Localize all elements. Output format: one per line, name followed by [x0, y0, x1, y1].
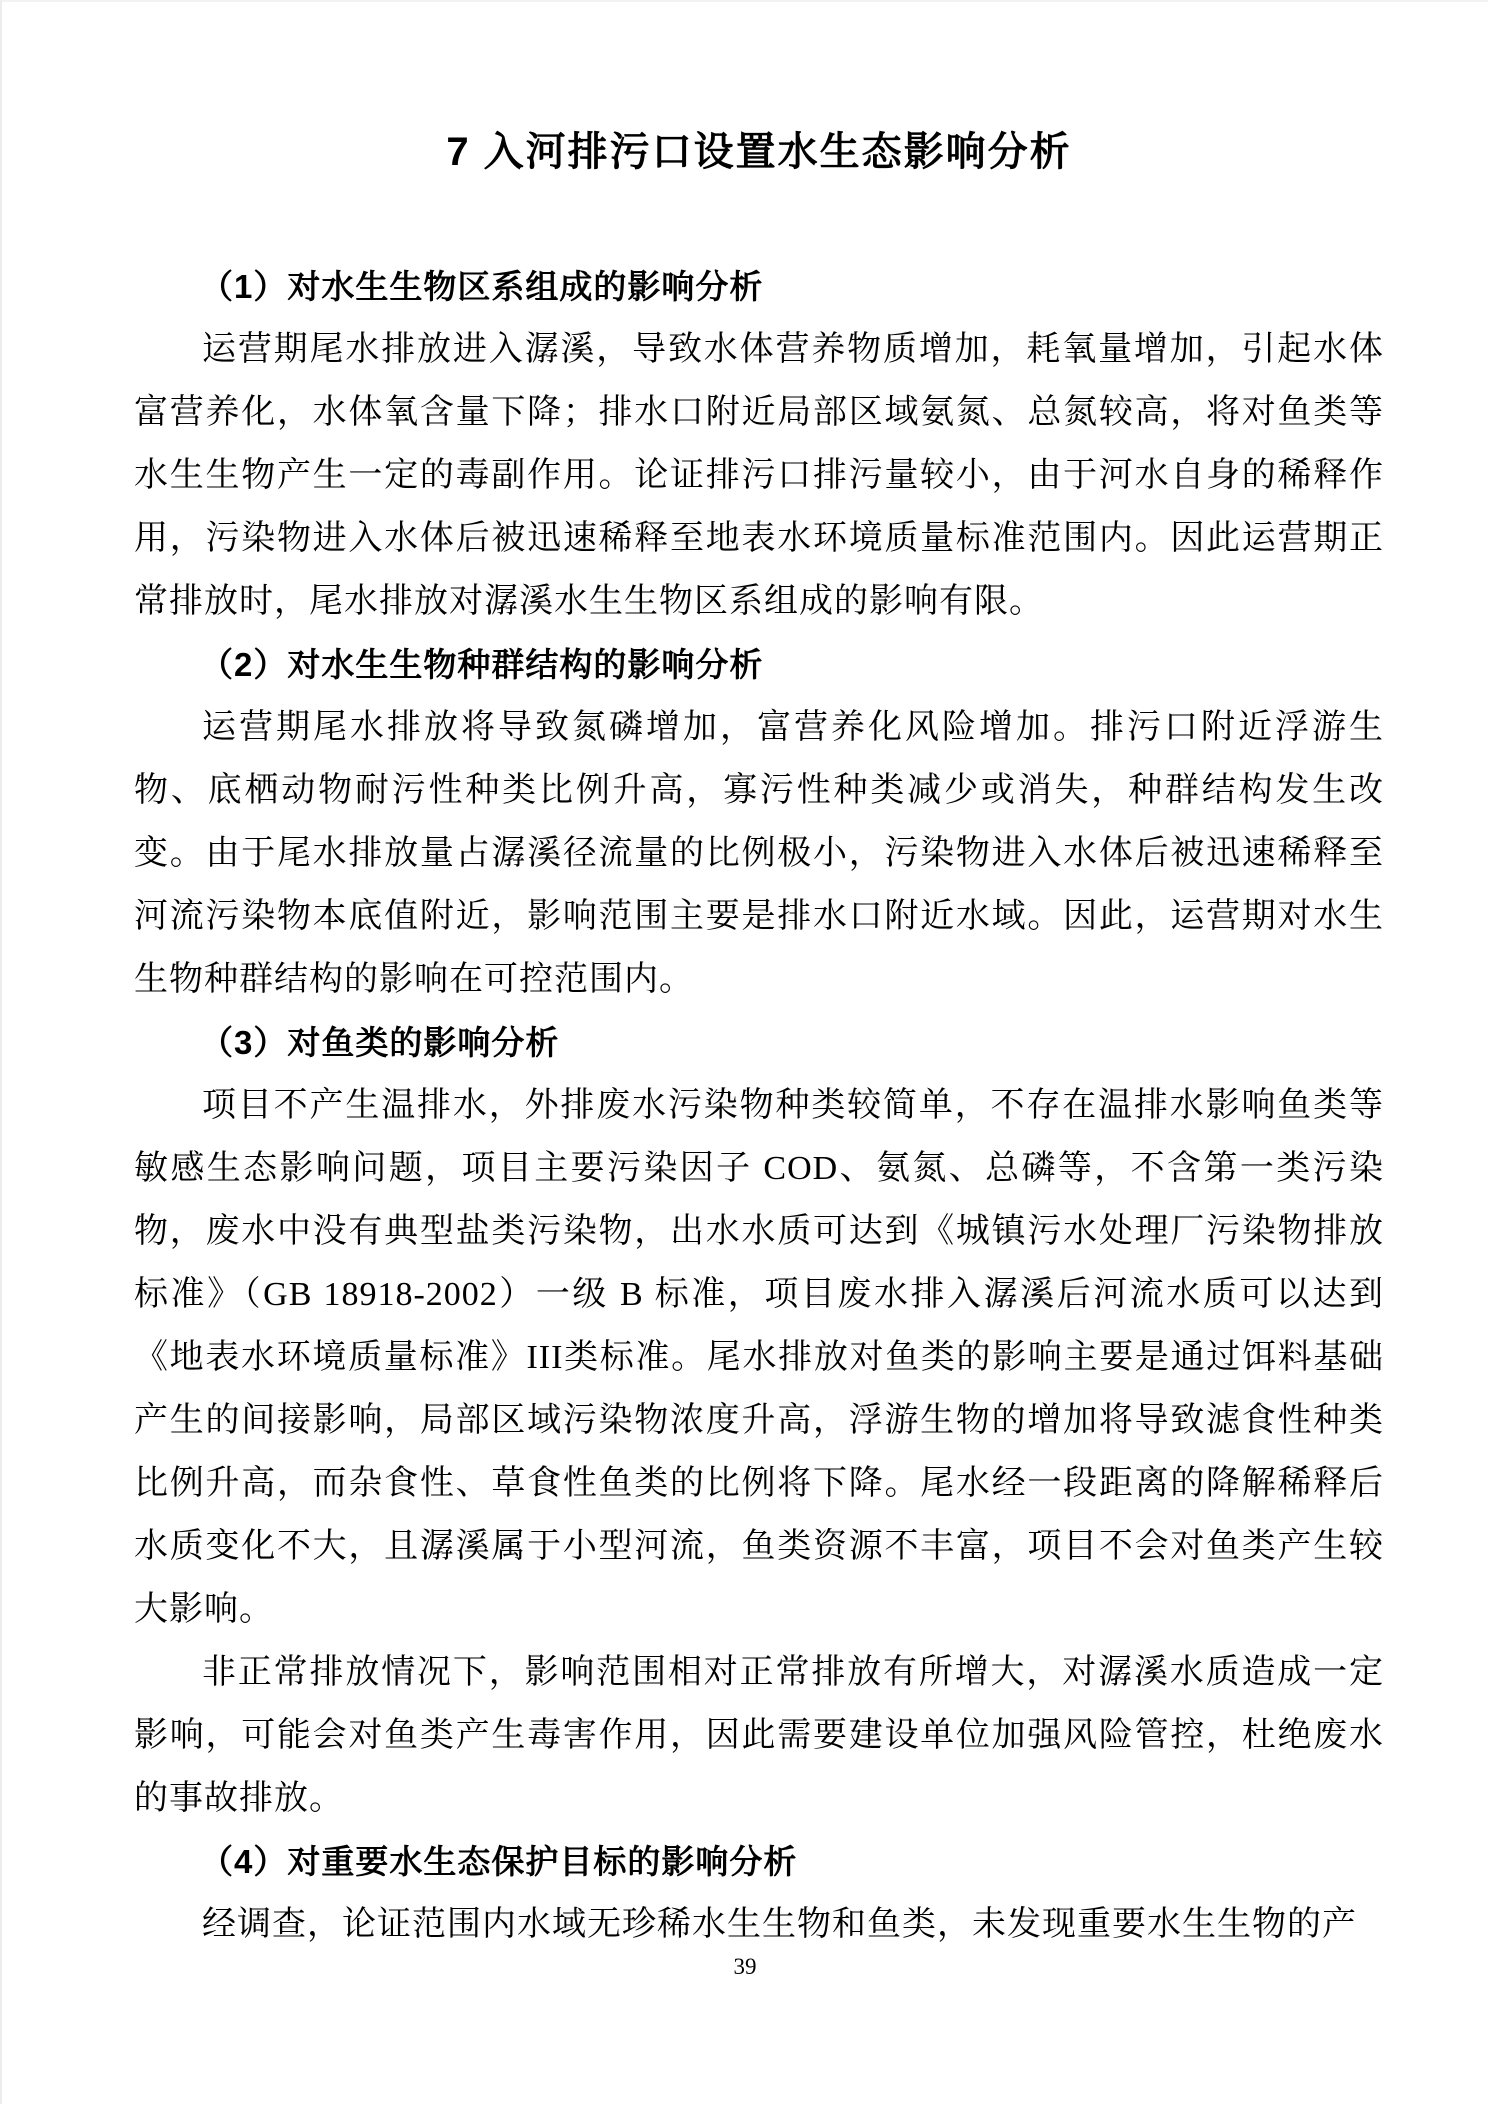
- paragraph: 运营期尾水排放将导致氮磷增加，富营养化风险增加。排污口附近浮游生物、底栖动物耐污…: [134, 696, 1384, 1011]
- section-heading: （4）对重要水生态保护目标的影响分析: [134, 1830, 1384, 1893]
- document-page: 7 入河排污口设置水生态影响分析 （1）对水生生物区系组成的影响分析运营期尾水排…: [0, 0, 1488, 2104]
- paragraph: 项目不产生温排水，外排废水污染物种类较简单，不存在温排水影响鱼类等敏感生态影响问…: [134, 1074, 1384, 1641]
- paragraph: 非正常排放情况下，影响范围相对正常排放有所增大，对潺溪水质造成一定影响，可能会对…: [134, 1641, 1384, 1830]
- section-heading: （3）对鱼类的影响分析: [134, 1011, 1384, 1074]
- paragraph: 运营期尾水排放进入潺溪，导致水体营养物质增加，耗氧量增加，引起水体富营养化，水体…: [134, 318, 1384, 633]
- document-flow: （1）对水生生物区系组成的影响分析运营期尾水排放进入潺溪，导致水体营养物质增加，…: [134, 255, 1384, 1956]
- paragraph: 经调查，论证范围内水域无珍稀水生生物和鱼类，未发现重要水生生物的产: [134, 1893, 1384, 1956]
- section-heading: （2）对水生生物种群结构的影响分析: [134, 633, 1384, 696]
- section-heading: （1）对水生生物区系组成的影响分析: [134, 255, 1384, 318]
- page-number: 39: [2, 1954, 1488, 1980]
- chapter-title: 7 入河排污口设置水生态影响分析: [134, 120, 1384, 177]
